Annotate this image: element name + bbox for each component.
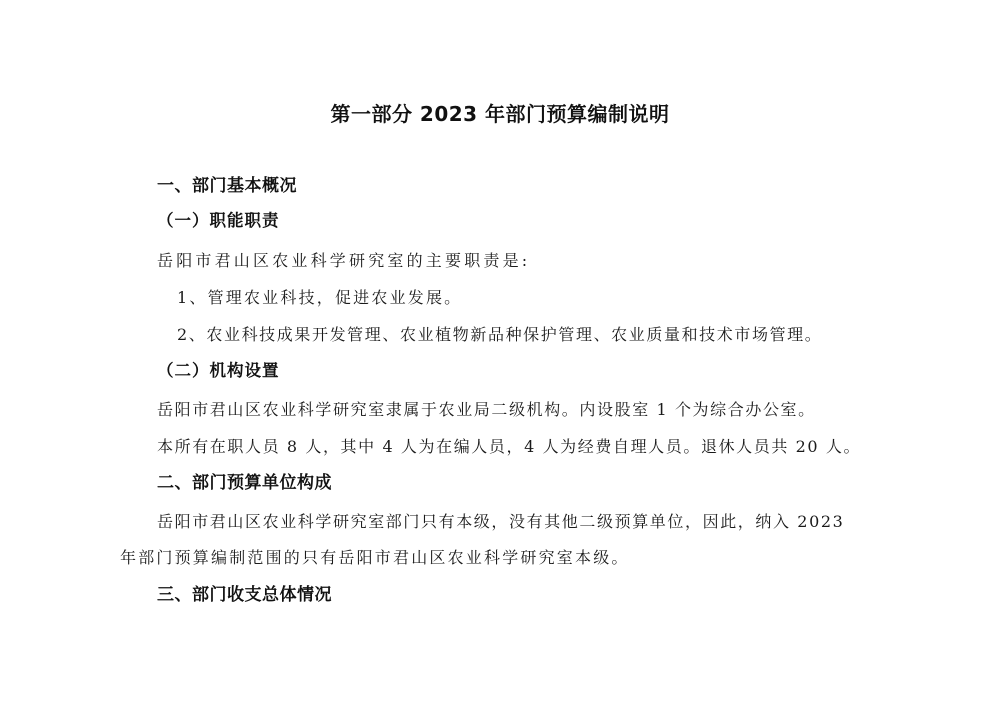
subsection-heading-organization: （二）机构设置: [157, 363, 280, 380]
section-heading-budget-units: 二、部门预算单位构成: [157, 475, 332, 492]
paragraph-organization: 岳阳市君山区农业科学研究室隶属于农业局二级机构。内设股室 1 个为综合办公室。: [157, 402, 816, 418]
list-item-duty-2: 2、农业科技成果开发管理、农业植物新品种保护管理、农业质量和技术市场管理。: [177, 327, 822, 343]
paragraph-budget-units-line-1: 岳阳市君山区农业科学研究室部门只有本级，没有其他二级预算单位，因此，纳入 202…: [157, 514, 844, 530]
document-title: 第一部分 2023 年部门预算编制说明: [0, 104, 1000, 124]
paragraph-duties-intro: 岳阳市君山区农业科学研究室的主要职责是:: [157, 253, 530, 269]
subsection-heading-duties: （一）职能职责: [157, 213, 280, 230]
document-page: 第一部分 2023 年部门预算编制说明 一、部门基本概况 （一）职能职责 岳阳市…: [0, 0, 1000, 706]
section-heading-basic-overview: 一、部门基本概况: [157, 178, 297, 195]
paragraph-budget-units-line-2: 年部门预算编制范围的只有岳阳市君山区农业科学研究室本级。: [120, 550, 630, 566]
list-item-duty-1: 1、管理农业科技，促进农业发展。: [177, 290, 462, 306]
paragraph-staffing: 本所有在职人员 8 人，其中 4 人为在编人员，4 人为经费自理人员。退休人员共…: [157, 439, 861, 455]
section-heading-revenue-expenditure: 三、部门收支总体情况: [157, 587, 332, 604]
